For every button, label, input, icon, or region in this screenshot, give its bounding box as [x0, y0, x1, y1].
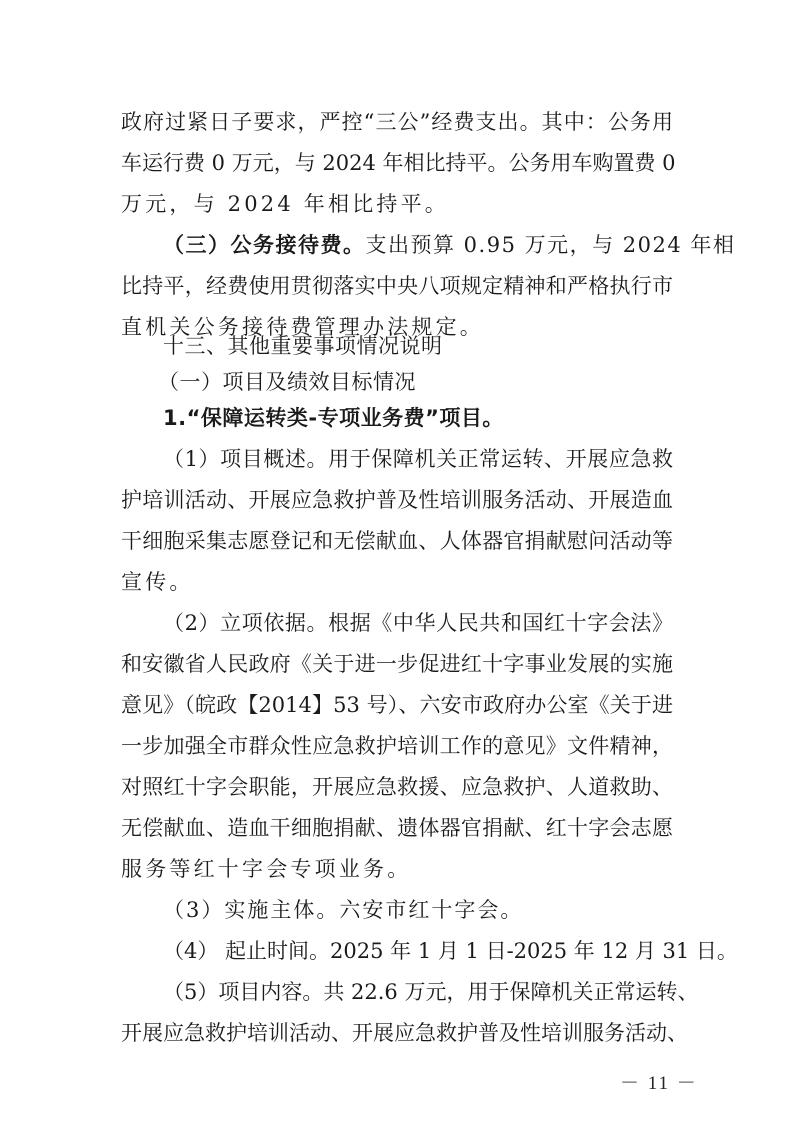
section-text: 支出预算 0.95 万元，与 2024 年相: [366, 233, 736, 257]
paragraph-line: （5）项目内容。共 22.6 万元，用于保障机关正常运转、: [163, 977, 673, 1007]
paragraph-line: 服务等红十字会专项业务。: [121, 854, 673, 884]
paragraph-line: （3）实施主体。六安市红十字会。: [163, 895, 673, 925]
paragraph-line: 比持平，经费使用贯彻落实中央八项规定精神和严格执行市: [121, 271, 673, 301]
paragraph-line: 万元，与 2024 年相比持平。: [121, 189, 673, 219]
paragraph-line: 意见》（皖政【2014】53 号）、六安市政府办公室《关于进: [121, 690, 673, 720]
section-label: （三）公务接待费。: [163, 232, 366, 257]
document-page: 政府过紧日子要求，严控“三公”经费支出。其中：公务用 车运行费 0 万元，与 2…: [0, 0, 793, 1122]
paragraph-line: 对照红十字会职能，开展应急救援、应急救护、人道救助、: [121, 772, 673, 802]
paragraph-line: （2）立项依据。根据《中华人民共和国红十字会法》: [163, 608, 673, 638]
paragraph-line: 车运行费 0 万元，与 2024 年相比持平。公务用车购置费 0: [121, 148, 673, 178]
project-title: 1.“保障运转类-专项业务费”项目。: [163, 403, 673, 433]
paragraph-line: 无偿献血、造血干细胞捐献、遗体器官捐献、红十字会志愿: [121, 813, 673, 843]
page-number: － 11 －: [620, 1068, 698, 1095]
paragraph-line: 政府过紧日子要求，严控“三公”经费支出。其中：公务用: [121, 107, 673, 137]
paragraph-line: 干细胞采集志愿登记和无偿献血、人体器官捐献慰问活动等: [121, 526, 673, 556]
paragraph-line: 和安徽省人民政府《关于进一步促进红十字事业发展的实施: [121, 649, 673, 679]
heading-section-13: 十三、其他重要事项情况说明: [163, 331, 673, 361]
paragraph-line: 一步加强全市群众性应急救护培训工作的意见》文件精神，: [121, 731, 673, 761]
paragraph-line: 开展应急救护培训活动、开展应急救护普及性培训服务活动、: [121, 1018, 673, 1048]
paragraph-line: （1）项目概述。用于保障机关正常运转、开展应急救: [163, 444, 673, 474]
subheading-project-goals: （一）项目及绩效目标情况: [158, 367, 668, 397]
paragraph-line: 护培训活动、开展应急救护普及性培训服务活动、开展造血: [121, 485, 673, 515]
paragraph-line: 宣传。: [121, 567, 673, 597]
paragraph-line: （4） 起止时间。2025 年 1 月 1 日-2025 年 12 月 31 日…: [163, 936, 673, 966]
section-reception-fee: （三）公务接待费。支出预算 0.95 万元，与 2024 年相: [163, 230, 673, 260]
